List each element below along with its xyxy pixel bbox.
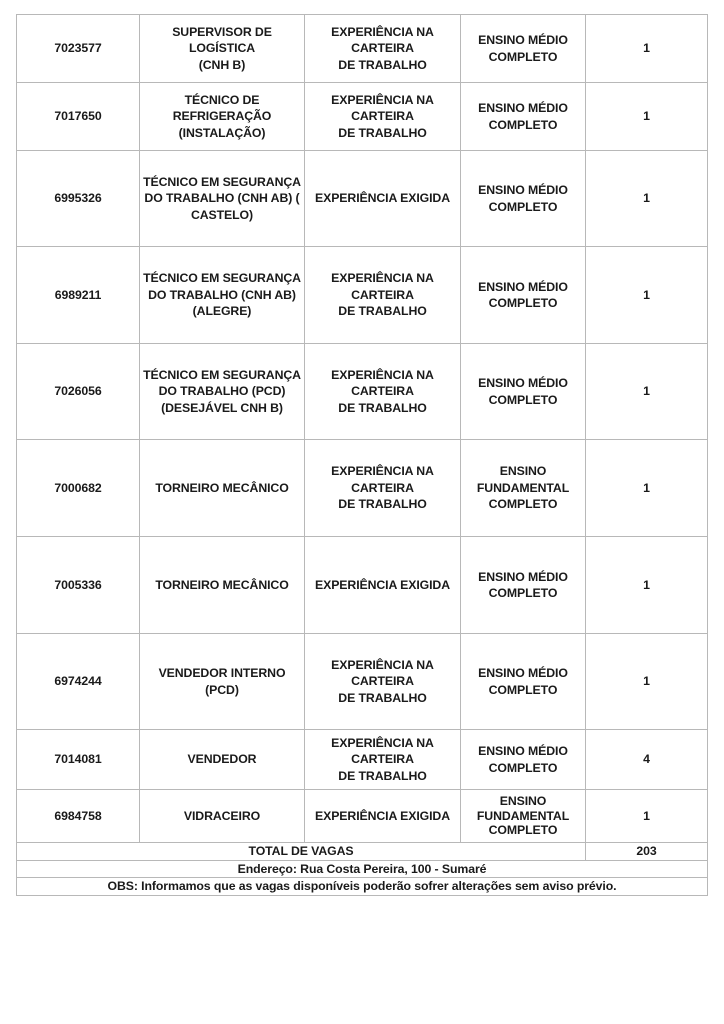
- job-experience: EXPERIÊNCIA NA CARTEIRA DE TRABALHO: [305, 344, 461, 440]
- job-experience: EXPERIÊNCIA NA CARTEIRA DE TRABALHO: [305, 440, 461, 537]
- job-title: VENDEDOR: [140, 730, 305, 790]
- job-education: ENSINO MÉDIO COMPLETO: [461, 634, 586, 730]
- table-row: 6995326 TÉCNICO EM SEGURANÇA DO TRABALHO…: [17, 151, 708, 247]
- job-education: ENSINO MÉDIO COMPLETO: [461, 344, 586, 440]
- table-row: 6974244 VENDEDOR INTERNO (PCD) EXPERIÊNC…: [17, 634, 708, 730]
- table-row: 6984758 VIDRACEIRO EXPERIÊNCIA EXIGIDA E…: [17, 790, 708, 843]
- table-row: 6989211 TÉCNICO EM SEGURANÇA DO TRABALHO…: [17, 247, 708, 344]
- job-education: ENSINO MÉDIO COMPLETO: [461, 730, 586, 790]
- job-title: TORNEIRO MECÂNICO: [140, 440, 305, 537]
- job-code: 7005336: [17, 537, 140, 634]
- job-vacancies: 4: [586, 730, 708, 790]
- total-label: TOTAL DE VAGAS: [17, 843, 586, 861]
- job-code: 7023577: [17, 15, 140, 83]
- job-vacancies: 1: [586, 247, 708, 344]
- job-vacancies: 1: [586, 344, 708, 440]
- table-row: 7026056 TÉCNICO EM SEGURANÇA DO TRABALHO…: [17, 344, 708, 440]
- address-text: Endereço: Rua Costa Pereira, 100 - Sumar…: [17, 860, 708, 878]
- job-title: TÉCNICO EM SEGURANÇA DO TRABALHO (CNH AB…: [140, 151, 305, 247]
- job-education: ENSINO MÉDIO COMPLETO: [461, 151, 586, 247]
- job-code: 7026056: [17, 344, 140, 440]
- job-vacancies: 1: [586, 440, 708, 537]
- job-education: ENSINO MÉDIO COMPLETO: [461, 247, 586, 344]
- table-row: 7000682 TORNEIRO MECÂNICO EXPERIÊNCIA NA…: [17, 440, 708, 537]
- job-education: ENSINO FUNDAMENTAL COMPLETO: [461, 440, 586, 537]
- job-vacancies: 1: [586, 15, 708, 83]
- job-experience: EXPERIÊNCIA NA CARTEIRA DE TRABALHO: [305, 634, 461, 730]
- job-vacancies: 1: [586, 790, 708, 843]
- total-value: 203: [586, 843, 708, 861]
- job-code: 6989211: [17, 247, 140, 344]
- job-code: 6974244: [17, 634, 140, 730]
- obs-text: OBS: Informamos que as vagas disponíveis…: [17, 878, 708, 896]
- job-experience: EXPERIÊNCIA EXIGIDA: [305, 790, 461, 843]
- obs-row: OBS: Informamos que as vagas disponíveis…: [17, 878, 708, 896]
- table-row: 7005336 TORNEIRO MECÂNICO EXPERIÊNCIA EX…: [17, 537, 708, 634]
- job-education: ENSINO MÉDIO COMPLETO: [461, 15, 586, 83]
- job-title: TÉCNICO DE REFRIGERAÇÃO (INSTALAÇÃO): [140, 83, 305, 151]
- job-education: ENSINO MÉDIO COMPLETO: [461, 537, 586, 634]
- job-title: TÉCNICO EM SEGURANÇA DO TRABALHO (CNH AB…: [140, 247, 305, 344]
- job-education: ENSINO FUNDAMENTAL COMPLETO: [461, 790, 586, 843]
- job-title: VIDRACEIRO: [140, 790, 305, 843]
- total-row: TOTAL DE VAGAS 203: [17, 843, 708, 861]
- job-vacancies: 1: [586, 83, 708, 151]
- job-experience: EXPERIÊNCIA NA CARTEIRA DE TRABALHO: [305, 15, 461, 83]
- job-experience: EXPERIÊNCIA NA CARTEIRA DE TRABALHO: [305, 730, 461, 790]
- table-row: 7014081 VENDEDOR EXPERIÊNCIA NA CARTEIRA…: [17, 730, 708, 790]
- job-code: 7000682: [17, 440, 140, 537]
- job-code: 7014081: [17, 730, 140, 790]
- job-code: 7017650: [17, 83, 140, 151]
- job-experience: EXPERIÊNCIA EXIGIDA: [305, 537, 461, 634]
- job-title: TÉCNICO EM SEGURANÇA DO TRABALHO (PCD) (…: [140, 344, 305, 440]
- job-rows: 7023577 SUPERVISOR DE LOGÍSTICA (CNH B) …: [17, 15, 708, 896]
- job-experience: EXPERIÊNCIA NA CARTEIRA DE TRABALHO: [305, 247, 461, 344]
- job-title: SUPERVISOR DE LOGÍSTICA (CNH B): [140, 15, 305, 83]
- job-vacancies: 1: [586, 151, 708, 247]
- job-title: TORNEIRO MECÂNICO: [140, 537, 305, 634]
- address-row: Endereço: Rua Costa Pereira, 100 - Sumar…: [17, 860, 708, 878]
- table-row: 7023577 SUPERVISOR DE LOGÍSTICA (CNH B) …: [17, 15, 708, 83]
- job-code: 6984758: [17, 790, 140, 843]
- table-row: 7017650 TÉCNICO DE REFRIGERAÇÃO (INSTALA…: [17, 83, 708, 151]
- job-vacancies: 1: [586, 634, 708, 730]
- job-code: 6995326: [17, 151, 140, 247]
- job-vacancies: 1: [586, 537, 708, 634]
- job-experience: EXPERIÊNCIA NA CARTEIRA DE TRABALHO: [305, 83, 461, 151]
- job-education: ENSINO MÉDIO COMPLETO: [461, 83, 586, 151]
- job-openings-table: 7023577 SUPERVISOR DE LOGÍSTICA (CNH B) …: [16, 14, 708, 896]
- job-experience: EXPERIÊNCIA EXIGIDA: [305, 151, 461, 247]
- job-title: VENDEDOR INTERNO (PCD): [140, 634, 305, 730]
